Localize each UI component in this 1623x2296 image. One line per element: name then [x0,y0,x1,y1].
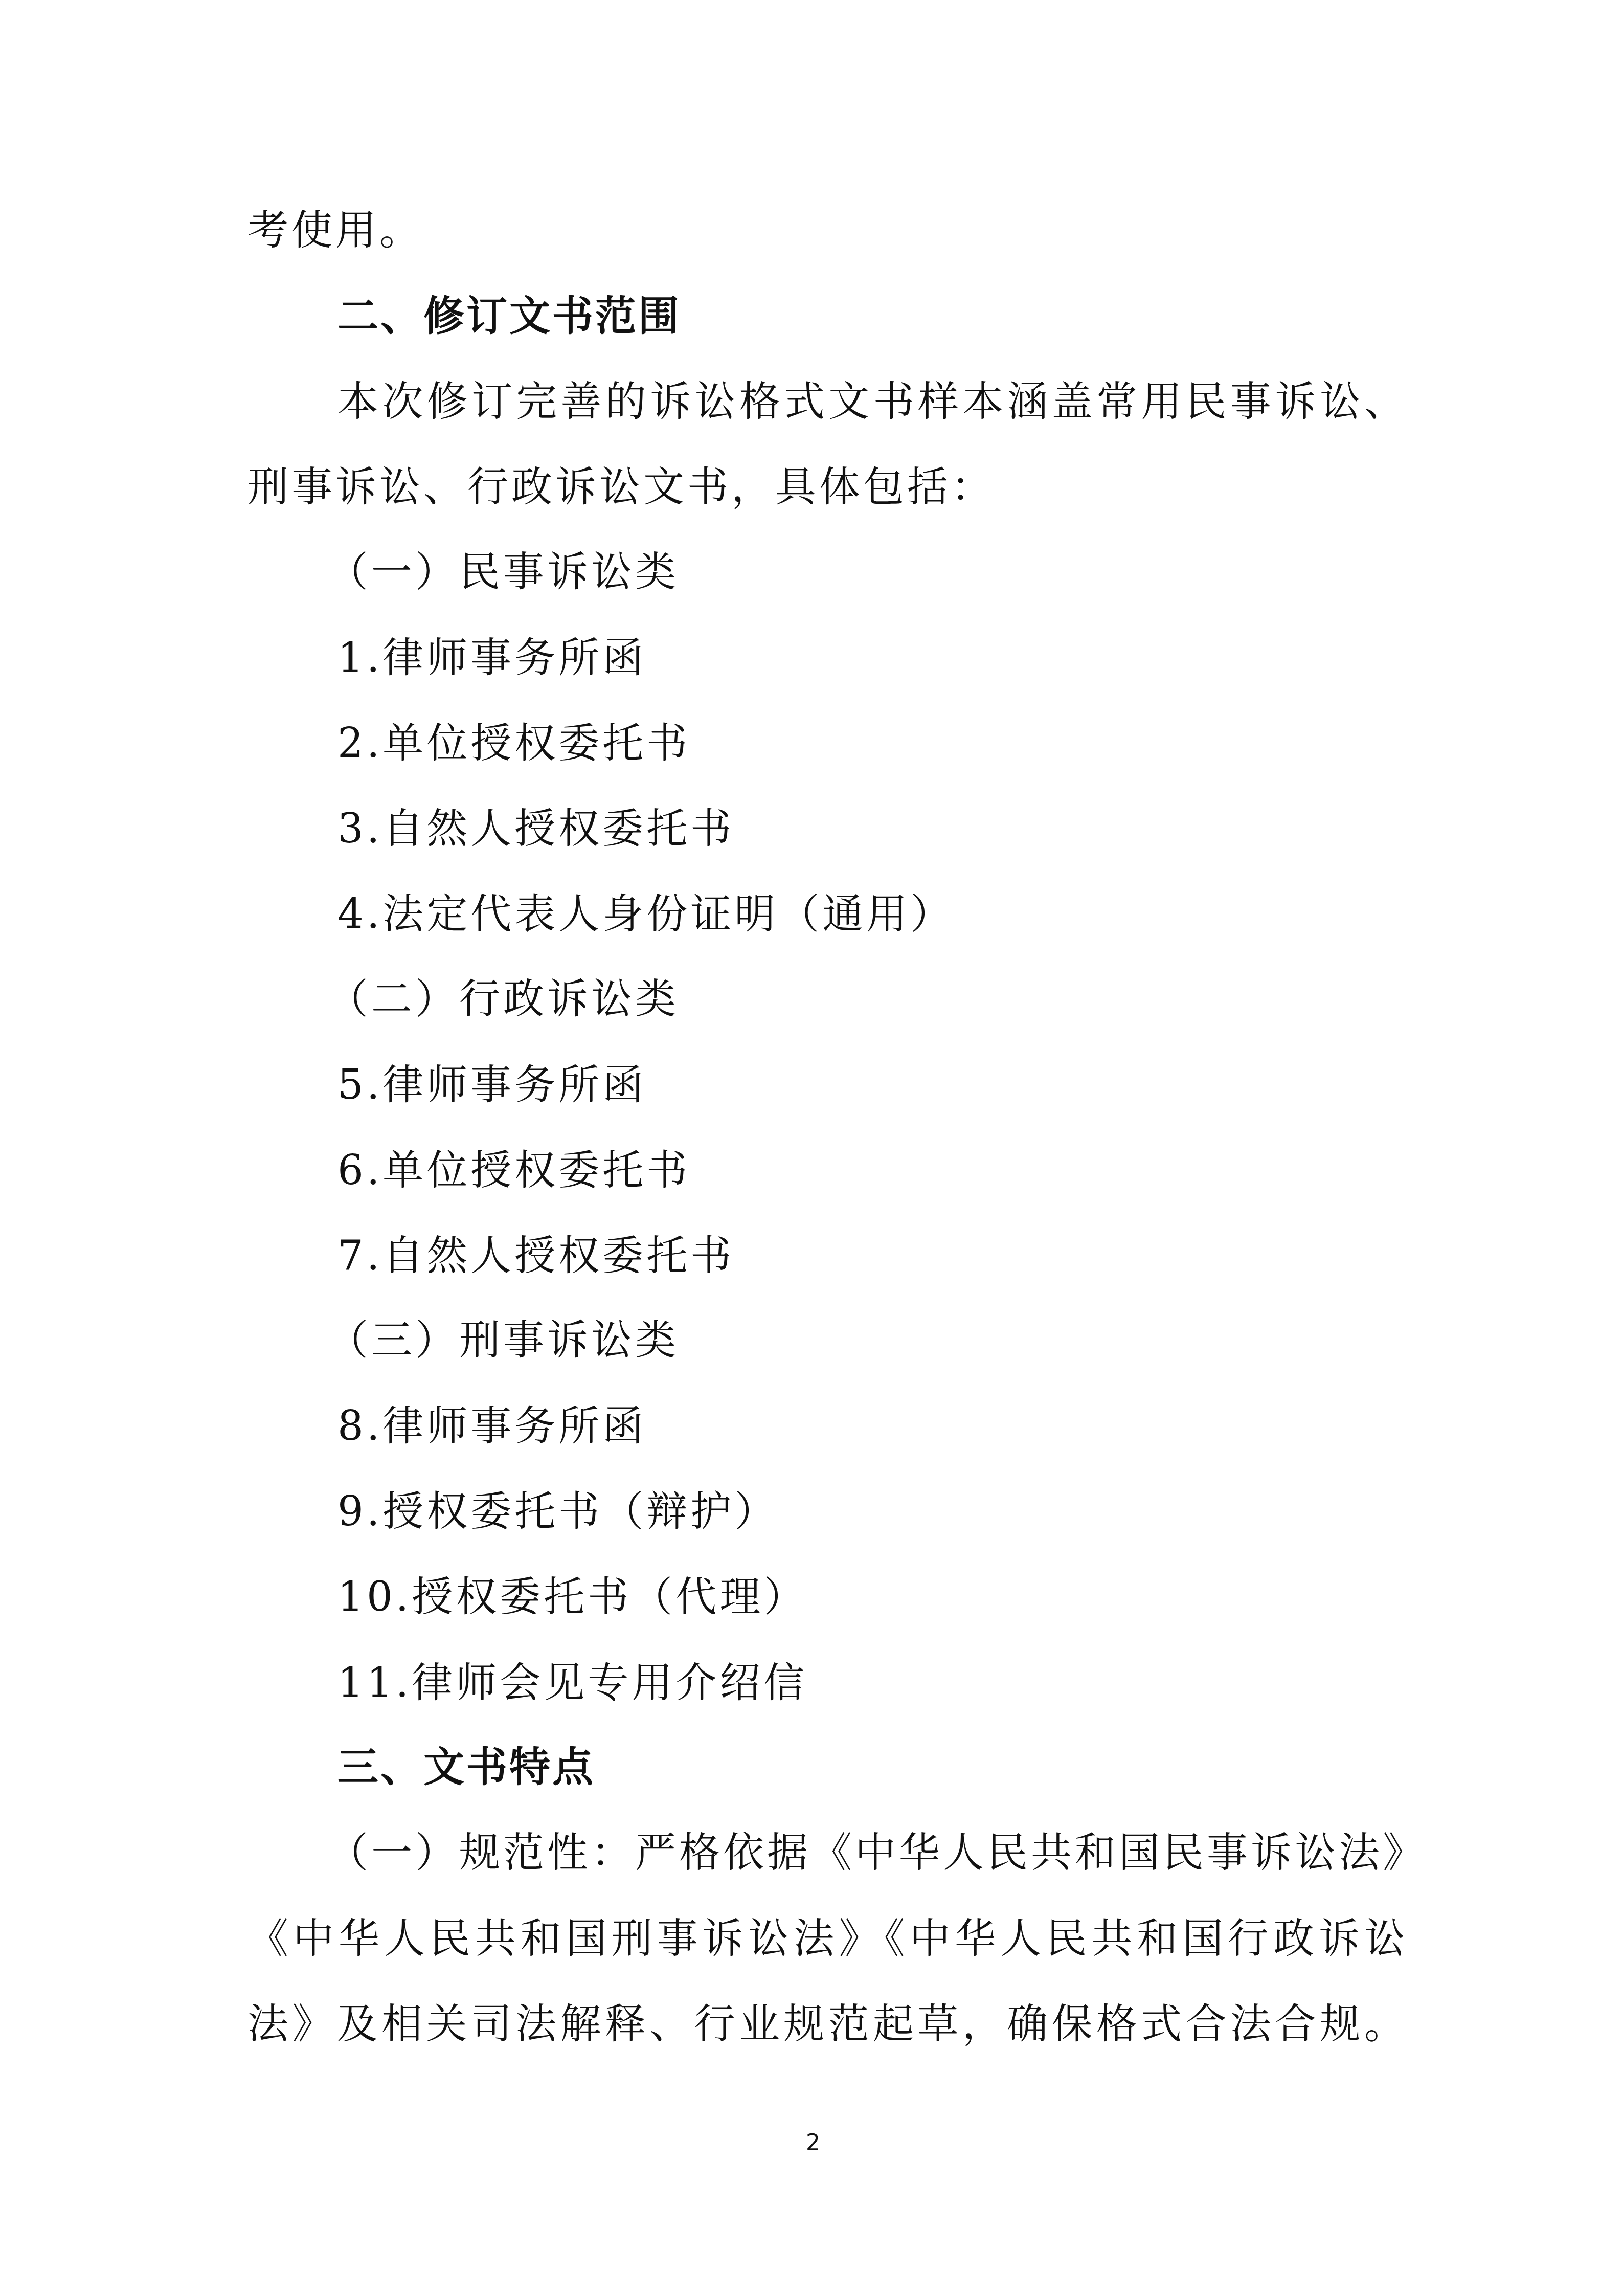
section-heading-features: 三、文书特点 [337,1742,1498,1793]
group-title-administrative: （二）行政诉讼类 [327,973,1488,1024]
list-item-7: 7.自然人授权委托书 [337,1230,1498,1281]
list-item-11: 11.律师会见专用介绍信 [337,1657,1498,1708]
document-page: 考使用。 二、修订文书范围 本次修订完善的诉讼格式文书样本涵盖常用民事诉讼、 刑… [0,0,1623,2296]
list-item-1: 1.律师事务所函 [337,632,1498,683]
list-item-10: 10.授权委托书（代理） [337,1571,1498,1622]
list-item-9: 9.授权委托书（辩护） [337,1486,1498,1537]
list-item-3: 3.自然人授权委托书 [337,803,1498,854]
group-title-civil: （一）民事诉讼类 [327,546,1488,597]
scope-intro-line-1: 本次修订完善的诉讼格式文书样本涵盖常用民事诉讼、 [337,376,1408,427]
list-item-8: 8.律师事务所函 [337,1400,1498,1452]
section-heading-scope: 二、修订文书范围 [337,291,1498,342]
group-title-criminal: （三）刑事诉讼类 [327,1314,1488,1366]
list-item-4: 4.法定代表人身份证明（通用） [337,888,1498,940]
list-item-6: 6.单位授权委托书 [337,1145,1498,1196]
list-item-5: 5.律师事务所函 [337,1059,1498,1110]
features-para-line-3: 法》及相关司法解释、行业规范起草，确保格式合法合规。 [247,1998,1408,2049]
list-item-2: 2.单位授权委托书 [337,718,1498,769]
scope-intro-line-2: 刑事诉讼、行政诉讼文书，具体包括： [247,461,1408,512]
continuation-text: 考使用。 [247,205,1408,256]
features-para-line-2: 《中华人民共和国刑事诉讼法》《中华人民共和国行政诉讼 [247,1913,1408,1964]
features-para-line-1: （一）规范性：严格依据《中华人民共和国民事诉讼法》 [327,1827,1410,1878]
page-number: 2 [798,2128,828,2158]
